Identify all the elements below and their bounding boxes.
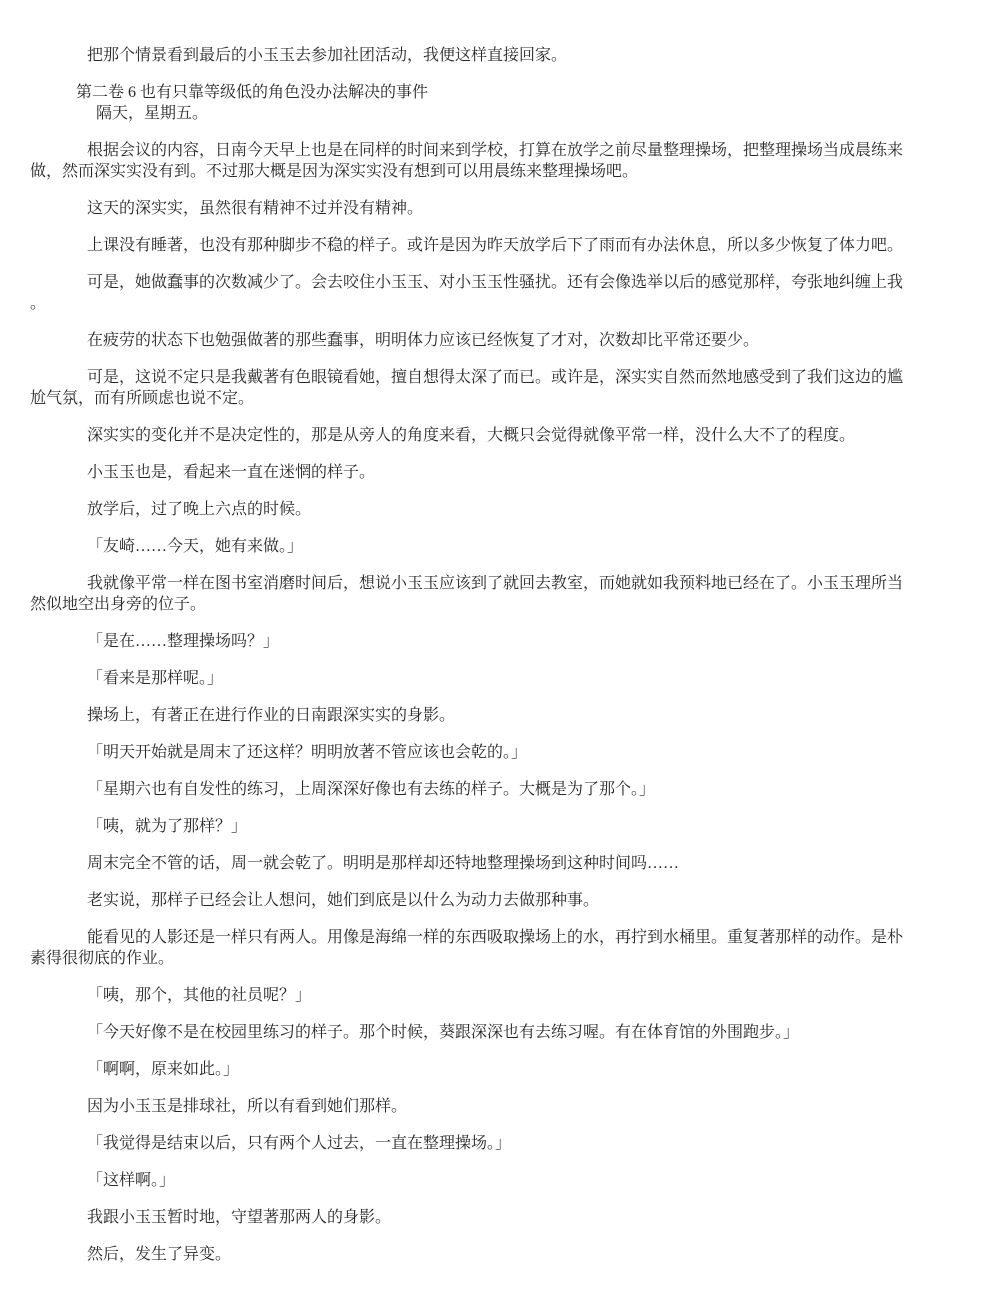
- dialogue-paragraph: 「星期六也有自发性的练习，上周深深好像也有去练的样子。大概是为了那个。」: [30, 779, 916, 800]
- paragraph: 操场上，有著正在进行作业的日南跟深实实的身影。: [30, 705, 916, 726]
- paragraph: 上课没有睡著，也没有那种脚步不稳的样子。或许是因为昨天放学后下了雨而有办法休息，…: [30, 235, 916, 256]
- dialogue-paragraph: 「明天开始就是周末了还这样？明明放著不管应该也会乾的。」: [30, 742, 916, 763]
- paragraph: 在疲劳的状态下也勉强做著的那些蠢事，明明体力应该已经恢复了才对，次数却比平常还要…: [30, 330, 916, 351]
- paragraph: 我跟小玉玉暂时地，守望著那两人的身影。: [30, 1207, 916, 1228]
- paragraph: 深实实的变化并不是决定性的，那是从旁人的角度来看，大概只会觉得就像平常一样，没什…: [30, 425, 916, 446]
- paragraph: 放学后，过了晚上六点的时候。: [30, 499, 916, 520]
- dialogue-paragraph: 「这样啊。」: [30, 1170, 916, 1191]
- paragraph: 根据会议的内容，日南今天早上也是在同样的时间来到学校，打算在放学之前尽量整理操场…: [30, 140, 916, 182]
- dialogue-paragraph: 「我觉得是结束以后，只有两个人过去，一直在整理操场。」: [30, 1133, 916, 1154]
- dialogue-paragraph: 「今天好像不是在校园里练习的样子。那个时候，葵跟深深也有去练习喔。有在体育馆的外…: [30, 1022, 916, 1043]
- dialogue-paragraph: 「友崎……今天，她有来做。」: [30, 536, 916, 557]
- paragraph: 因为小玉玉是排球社，所以有看到她们那样。: [30, 1096, 916, 1117]
- paragraph: 可是，她做蠢事的次数减少了。会去咬住小玉玉、对小玉玉性骚扰。还有会像选举以后的感…: [30, 272, 916, 314]
- chapter-heading: 第二卷 6 也有只靠等级低的角色没办法解决的事件: [30, 82, 916, 103]
- dialogue-paragraph: 「看来是那样呢。」: [30, 668, 916, 689]
- dialogue-paragraph: 「咦，那个，其他的社员呢？」: [30, 985, 916, 1006]
- paragraph: 把那个情景看到最后的小玉玉去参加社团活动，我便这样直接回家。: [30, 45, 916, 66]
- paragraph: 能看见的人影还是一样只有两人。用像是海绵一样的东西吸取操场上的水，再拧到水桶里。…: [30, 927, 916, 969]
- paragraph: 小玉玉也是，看起来一直在迷惘的样子。: [30, 462, 916, 483]
- paragraph: 隔天，星期五。: [30, 103, 916, 124]
- dialogue-paragraph: 「啊啊，原来如此。」: [30, 1059, 916, 1080]
- paragraph: 老实说，那样子已经会让人想问，她们到底是以什么为动力去做那种事。: [30, 890, 916, 911]
- paragraph: 周末完全不管的话，周一就会乾了。明明是那样却还特地整理操场到这种时间吗……: [30, 853, 916, 874]
- paragraph: 然后，发生了异变。: [30, 1244, 916, 1265]
- dialogue-paragraph: 「是在……整理操场吗？」: [30, 631, 916, 652]
- paragraph: 我就像平常一样在图书室消磨时间后，想说小玉玉应该到了就回去教室，而她就如我预料地…: [30, 573, 916, 615]
- document-page: 把那个情景看到最后的小玉玉去参加社团活动，我便这样直接回家。 第二卷 6 也有只…: [0, 0, 1000, 1294]
- paragraph: 可是，这说不定只是我戴著有色眼镜看她，擅自想得太深了而已。或许是，深实实自然而然…: [30, 367, 916, 409]
- paragraph: 这天的深实实，虽然很有精神不过并没有精神。: [30, 198, 916, 219]
- dialogue-paragraph: 「咦，就为了那样？」: [30, 816, 916, 837]
